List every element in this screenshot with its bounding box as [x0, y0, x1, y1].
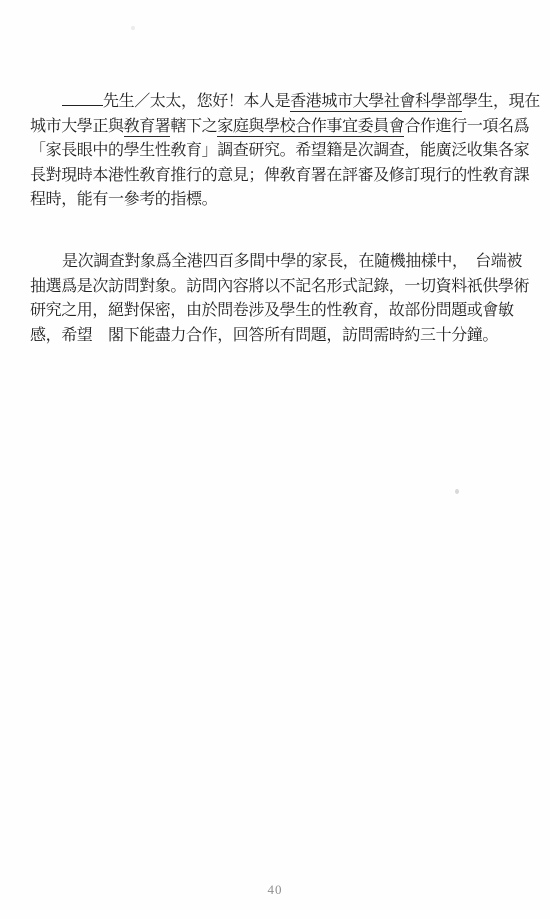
text-line: 研究之用，絕對保密，由於問卷涉及學生的性敎育，故部份問題或會敏: [30, 299, 520, 324]
text-line: 「家長眼中的學生性敎育」調查研究。希望籍是次調查，能廣泛收集各家: [30, 139, 520, 164]
scan-artifact-speck: [455, 489, 459, 494]
text-line: 感，希望 閣下能盡力合作，回答所有問題，訪問需時約三十分鐘。: [30, 324, 520, 349]
paragraph-survey-details: 是次調查對象爲全港四百多間中學的家長，在隨機抽樣中， 台端被 抽選爲是次訪問對象…: [30, 250, 520, 348]
line-text: 是次調查對象爲全港四百多間中學的家長，在隨機抽樣中， 台端被: [62, 253, 522, 270]
document-page: 先生／太太，您好！本人是香港城市大學社會科學部學生，現在 城市大學正與敎育署轄下…: [0, 0, 550, 919]
text-line: 先生／太太，您好！本人是香港城市大學社會科學部學生，現在: [30, 90, 520, 115]
underlined-education-dept: 敎育署: [124, 118, 171, 137]
underlined-committee-name: 家庭與學校合作事宜委員會: [217, 118, 404, 137]
page-number: 40: [0, 882, 550, 898]
line-text: 城市大學正與: [30, 118, 124, 135]
fill-in-blank: [62, 91, 103, 106]
scan-artifact-speck: [131, 26, 135, 30]
text-line: 抽選爲是次訪問對象。訪問內容將以不記名形式記錄，一切資料祇供學術: [30, 275, 520, 300]
salutation-text: 先生／太太，您好！本人是: [103, 93, 290, 110]
salutation-tail: 學生，現在: [462, 93, 540, 110]
text-line: 長對現時本港性敎育推行的意見；俾敎育署在評審及修訂現行的性敎育課: [30, 164, 520, 189]
text-line: 是次調查對象爲全港四百多間中學的家長，在隨機抽樣中， 台端被: [30, 250, 520, 275]
letter-body: 先生／太太，您好！本人是香港城市大學社會科學部學生，現在 城市大學正與敎育署轄下…: [30, 90, 520, 348]
line-text: 轄下之: [170, 118, 217, 135]
paragraph-introduction: 先生／太太，您好！本人是香港城市大學社會科學部學生，現在 城市大學正與敎育署轄下…: [30, 90, 520, 213]
text-line: 程時，能有一參考的指標。: [30, 188, 520, 213]
underlined-university-name: 香港城市大學社會科學部: [290, 93, 462, 112]
text-line: 城市大學正與敎育署轄下之家庭與學校合作事宜委員會合作進行一項名爲: [30, 115, 520, 140]
line-text: 合作進行一項名爲: [404, 118, 529, 135]
